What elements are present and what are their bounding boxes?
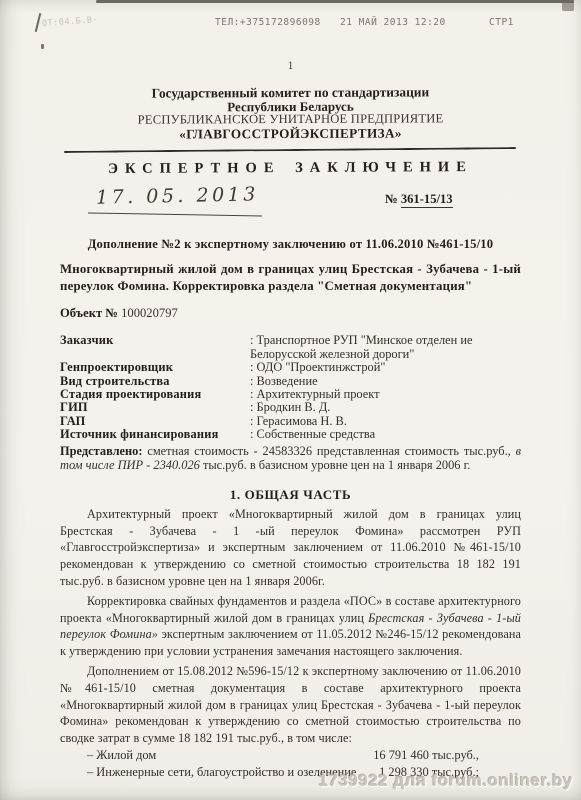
fax-from-text: ОТ:04.Б.В- (42, 15, 99, 29)
detail-row-gap: ГАП : Герасимова Н. В. (60, 415, 521, 428)
forum-watermark: 1739922 для forum.onliner.by (319, 771, 573, 791)
scan-edge-artifact-corner (562, 0, 574, 11)
presented-paragraph: Представлено: сметная стоимость - 245833… (60, 444, 521, 473)
document-title: ЭКСПЕРТНОЕ ЗАКЛЮЧЕНИЕ (60, 159, 521, 178)
object-number-line: Объект № 100020797 (60, 306, 521, 321)
detail-row-gip: ГИП : Бродкин В. Д. (60, 401, 521, 414)
date-and-number-row: 17. 05. 2013 № 361-15/13 (60, 183, 521, 227)
fax-header: ОТ:04.Б.В- ТЕЛ:+375172896098 21 МАЙ 2013… (0, 17, 581, 31)
detail-label: Стадия проектирования (60, 388, 250, 401)
page-number: 1 (60, 60, 521, 72)
detail-label: Генпроектировщик (60, 361, 250, 374)
object-title: Многоквартирный жилой дом в границах ули… (60, 261, 521, 295)
handwritten-date: 17. 05. 2013 (96, 184, 259, 209)
organization-header: Государственный комитет по стандартизаци… (60, 85, 521, 141)
detail-value: : Архитектурный проект (250, 388, 521, 401)
paragraph-1: Архитектурный проект «Многоквартирный жи… (60, 506, 521, 590)
detail-value: : Герасимова Н. В. (250, 415, 521, 428)
paragraph-3: Дополнением от 15.08.2012 №596-15/12 к э… (60, 663, 521, 747)
detail-row-design-stage: Стадия проектирования : Архитектурный пр… (60, 388, 521, 401)
detail-label: Вид строительства (60, 375, 250, 388)
supplement-line: Дополнение №2 к экспертному заключению о… (60, 237, 521, 252)
cost-item-name: – Инженерные сети, благоустройство и озе… (87, 764, 356, 781)
document-number-label: № (385, 192, 401, 206)
cost-item-residential: – Жилой дом 16 791 460 тыс.руб., (60, 747, 521, 764)
detail-label: ГАП (60, 415, 250, 428)
detail-row-customer: Заказчик : Транспортное РУП "Минское отд… (60, 334, 521, 361)
detail-value: : Собственные средства (250, 428, 521, 441)
object-number-value: 100020797 (121, 306, 178, 320)
horizontal-rule (64, 147, 516, 153)
presented-label: Представлено: (60, 444, 143, 458)
document-number: № 361-15/13 (385, 192, 453, 207)
detail-label: ГИП (60, 401, 250, 414)
org-line-name: «ГЛАВГОССТРОЙЭКСПЕРТИЗА» (60, 126, 521, 142)
presented-text-a: сметная стоимость - 24583326 представлен… (143, 444, 516, 458)
detail-label: Источник финансирования (60, 428, 250, 441)
detail-value: : Возведение (250, 375, 521, 388)
scan-edge-artifact (96, 0, 574, 3)
document-content: 1 Государственный комитет по стандартиза… (60, 60, 521, 781)
fax-datetime-text: 21 МАЙ 2013 12:20 (340, 17, 446, 28)
presented-text-c: тыс.руб. в базисном уровне цен на 1 янва… (200, 458, 471, 472)
scan-pen-mark-dot (41, 44, 44, 49)
cost-item-amount: 16 791 460 тыс.руб., (373, 747, 479, 764)
paragraph-2: Корректировка свайных фундаментов и разд… (60, 593, 521, 660)
details-block: Заказчик : Транспортное РУП "Минское отд… (60, 334, 521, 441)
detail-value: : ОДО "Проектинжстрой" (250, 361, 521, 374)
scanned-document-page: ОТ:04.Б.В- ТЕЛ:+375172896098 21 МАЙ 2013… (0, 0, 581, 800)
handwritten-date-underline (88, 213, 262, 217)
detail-label: Заказчик (60, 334, 250, 361)
fax-page-text: СТР1 (489, 17, 514, 28)
document-number-value: 361-15/13 (401, 192, 453, 208)
section-heading-general: 1. ОБЩАЯ ЧАСТЬ (60, 487, 521, 503)
detail-row-construction-type: Вид строительства : Возведение (60, 375, 521, 388)
object-number-label: Объект № (60, 306, 121, 320)
cost-item-name: – Жилой дом (87, 747, 156, 764)
fax-tel-text: ТЕЛ:+375172896098 (215, 17, 321, 28)
detail-value: : Бродкин В. Д. (250, 401, 521, 414)
detail-value: : Транспортное РУП "Минское отделен ие Б… (250, 334, 521, 361)
detail-row-funding-source: Источник финансирования : Собственные ср… (60, 428, 521, 441)
detail-row-designer: Генпроектировщик : ОДО "Проектинжстрой" (60, 361, 521, 374)
